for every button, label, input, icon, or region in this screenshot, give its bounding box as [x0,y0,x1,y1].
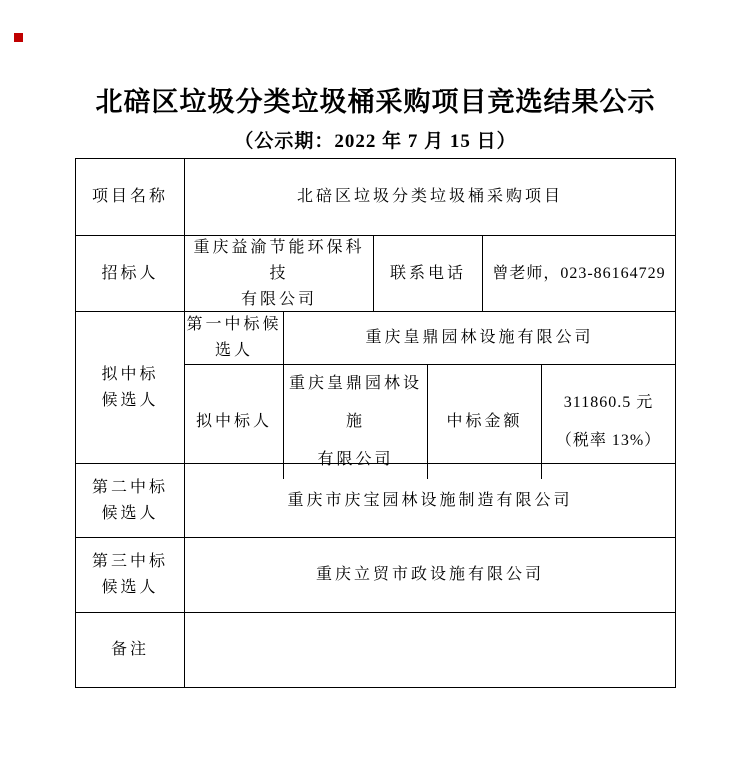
third-candidate-label-line2: 候选人 [101,575,158,601]
publicity-period: （公示期：2022 年 7 月 15 日） [0,126,751,153]
project-name-label: 项目名称 [76,159,184,235]
row-third-candidate: 第三中标 候选人 重庆立贸市政设施有限公司 [76,537,675,612]
tenderer-value: 重庆益渝节能环保科技 有限公司 [184,236,373,311]
candidates-label-line2: 候选人 [101,388,158,414]
remarks-label: 备注 [76,613,184,687]
contact-label: 联系电话 [373,236,482,311]
row-tenderer: 招标人 重庆益渝节能环保科技 有限公司 联系电话 曾老师，023-8616472… [76,235,675,311]
proposed-winner-company-line1: 重庆皇鼎园林设施 [284,365,427,441]
tenderer-value-line1: 重庆益渝节能环保科技 [185,235,373,287]
tenderer-value-line2: 有限公司 [241,287,317,313]
row-candidates: 拟中标 候选人 第一中标候 选人 重庆皇鼎园林设施有限公司 拟中标人 重庆皇鼎园… [76,311,675,463]
candidates-label-line1: 拟中标 [101,362,158,388]
candidates-subrows: 第一中标候 选人 重庆皇鼎园林设施有限公司 拟中标人 重庆皇鼎园林设施 有限公司… [184,312,675,463]
second-candidate-label: 第二中标 候选人 [76,464,184,537]
page-title: 北碚区垃圾分类垃圾桶采购项目竞选结果公示 [0,80,751,119]
row-remarks: 备注 [76,612,675,687]
row-second-candidate: 第二中标 候选人 重庆市庆宝园林设施制造有限公司 [76,463,675,537]
second-candidate-value: 重庆市庆宝园林设施制造有限公司 [184,464,675,537]
award-amount-line2: （税率 13%） [556,422,661,460]
subrow-first-candidate: 第一中标候 选人 重庆皇鼎园林设施有限公司 [185,312,675,364]
contact-value: 曾老师，023-86164729 [482,236,675,311]
award-amount-line1: 311860.5 元 [564,384,653,422]
award-amount-label: 中标金额 [427,365,541,479]
announcement-page: 北碚区垃圾分类垃圾桶采购项目竞选结果公示 （公示期：2022 年 7 月 15 … [0,0,751,764]
first-candidate-label: 第一中标候 选人 [185,312,283,364]
award-amount-value: 311860.5 元 （税率 13%） [541,365,675,479]
project-name-value: 北碚区垃圾分类垃圾桶采购项目 [184,159,675,235]
second-candidate-label-line1: 第二中标 [92,475,168,501]
third-candidate-label-line1: 第三中标 [92,549,168,575]
third-candidate-value: 重庆立贸市政设施有限公司 [184,538,675,612]
row-project-name: 项目名称 北碚区垃圾分类垃圾桶采购项目 [76,159,675,235]
first-candidate-label-line1: 第一中标候 [186,312,281,338]
third-candidate-label: 第三中标 候选人 [76,538,184,612]
result-table: 项目名称 北碚区垃圾分类垃圾桶采购项目 招标人 重庆益渝节能环保科技 有限公司 … [75,158,676,688]
second-candidate-label-line2: 候选人 [101,501,158,527]
subrow-proposed-winner: 拟中标人 重庆皇鼎园林设施 有限公司 中标金额 311860.5 元 （税率 1… [185,364,675,479]
red-marker-square [14,33,23,42]
first-candidate-value: 重庆皇鼎园林设施有限公司 [283,312,675,364]
tenderer-label: 招标人 [76,236,184,311]
first-candidate-label-line2: 选人 [215,338,253,364]
proposed-winner-company: 重庆皇鼎园林设施 有限公司 [283,365,427,479]
proposed-winner-label: 拟中标人 [185,365,283,479]
remarks-value [184,613,675,687]
candidates-label: 拟中标 候选人 [76,312,184,463]
